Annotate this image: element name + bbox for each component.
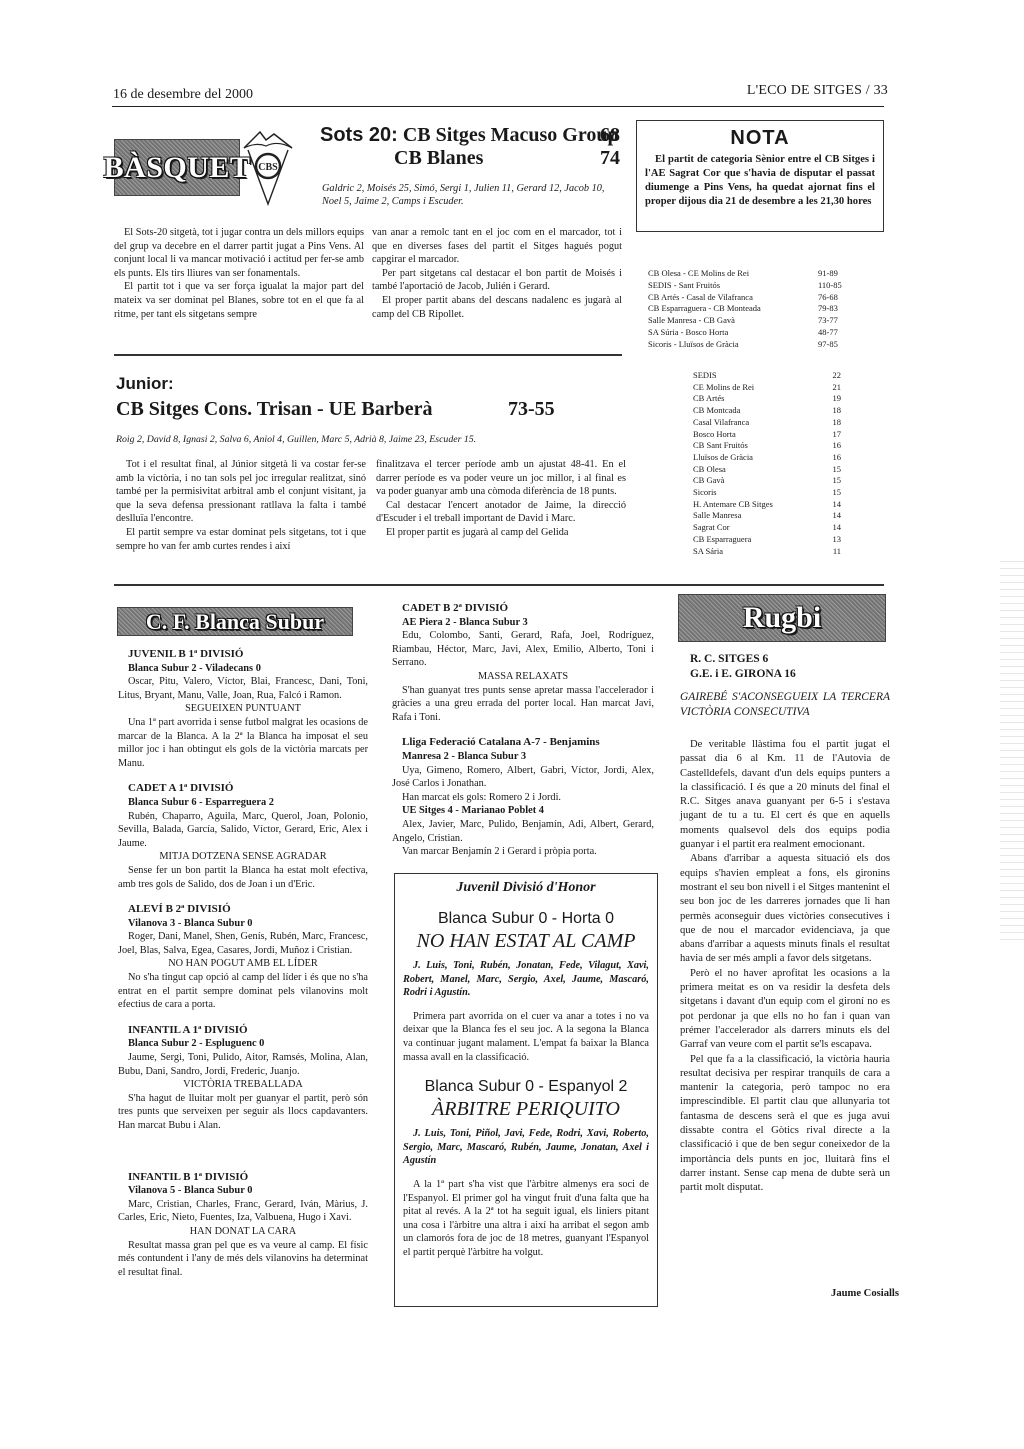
rugbi-author: Jaume Cosialls xyxy=(831,1288,899,1299)
sots20-label: Sots 20: xyxy=(320,124,398,146)
rugbi-result: R. C. SITGES 6 G.E. i E. GIRONA 16 xyxy=(690,652,796,682)
rugbi-team2: G.E. i E. GIRONA 16 xyxy=(690,667,796,682)
paragraph: El Sots-20 sitgetà, tot i jugar contra u… xyxy=(114,226,364,280)
standing-row: CB Sant Fruitós16 xyxy=(693,440,841,452)
nota-box: NOTA El partit de categoria Sènior entre… xyxy=(636,120,884,232)
match2-result: Blanca Subur 0 - Espanyol 2 xyxy=(395,1078,657,1096)
rugbi-article: De veritable llàstima fou el partit juga… xyxy=(680,738,890,1196)
header-divider xyxy=(112,106,884,107)
standing-row: Salle Manresa14 xyxy=(693,510,841,522)
match-block: CADET A 1ª DIVISIÓ Blanca Subur 6 - Espa… xyxy=(118,782,368,891)
club-crest-icon: CBS xyxy=(238,126,298,206)
result-row: SEDIS - Sant Fruitós110-85 xyxy=(648,280,858,292)
paragraph: El partit tot i que va ser força igualat… xyxy=(114,280,364,321)
publication-page-number: L'ECO DE SITGES / 33 xyxy=(747,83,888,99)
result-row: CB Esparraguera - CB Monteada79-83 xyxy=(648,303,858,315)
paragraph: Pel que fa a la classificació, la victòr… xyxy=(680,1053,890,1196)
sots20-players: Galdric 2, Moisés 25, Simó, Sergi 1, Jul… xyxy=(322,182,622,208)
match-block: CADET B 2ª DIVISIÓ AE Piera 2 - Blanca S… xyxy=(392,602,654,724)
junior-match: CB Sitges Cons. Trisan - UE Barberà xyxy=(116,398,433,421)
match2-text: A la 1ª part s'ha vist que l'àrbitre alm… xyxy=(403,1178,649,1260)
rugbi-headline: GAIREBÉ S'ACONSEGUEIX LA TERCERA VICTÒRI… xyxy=(680,690,890,720)
paragraph: El proper partit es jugarà al camp del G… xyxy=(376,526,626,540)
match1-text: Primera part avorrida on el cuer va anar… xyxy=(403,1010,649,1064)
juvenil-honor-box: Juvenil Divisió d'Honor Blanca Subur 0 -… xyxy=(394,873,658,1307)
match1-headline: NO HAN ESTAT AL CAMP xyxy=(395,930,657,953)
section-divider xyxy=(114,584,884,586)
home-team: CB Sitges Macuso Group xyxy=(403,124,619,146)
standing-row: CB Esparraguera13 xyxy=(693,534,841,546)
standings-table: SEDIS22 CE Molins de Rei21 CB Artés19 CB… xyxy=(693,370,841,557)
result-row: CB Artés - Casal de Vilafranca76-68 xyxy=(648,292,858,304)
standing-row: Bosco Horta17 xyxy=(693,429,841,441)
paragraph: van anar a remolc tant en el joc com en … xyxy=(372,226,622,267)
svg-text:CBS: CBS xyxy=(258,162,278,173)
standing-row: SA Sária11 xyxy=(693,546,841,558)
match-block: ALEVÍ B 2ª DIVISIÓ Vilanova 3 - Blanca S… xyxy=(118,903,368,1012)
rugbi-team1: R. C. SITGES 6 xyxy=(690,652,796,667)
paragraph: Abans d'arribar a aquesta situació els d… xyxy=(680,852,890,966)
standing-row: CE Molins de Rei21 xyxy=(693,382,841,394)
standing-row: H. Antemare CB Sitges14 xyxy=(693,499,841,511)
sots20-text-col1: El Sots-20 sitgetà, tot i jugar contra u… xyxy=(114,226,364,321)
standing-row: SEDIS22 xyxy=(693,370,841,382)
futbol-col1: JUVENIL B 1ª DIVISIÓ Blanca Subur 2 - Vi… xyxy=(118,648,368,1279)
junior-score: 73-55 xyxy=(508,398,555,421)
paragraph: De veritable llàstima fou el partit juga… xyxy=(680,738,890,852)
standing-row: CB Gavà15 xyxy=(693,475,841,487)
junior-label: Junior: xyxy=(116,374,174,394)
futbol-col2: CADET B 2ª DIVISIÓ AE Piera 2 - Blanca S… xyxy=(392,602,654,859)
sots20-headline: Sots 20: CB Sitges Macuso Group 68 CB Bl… xyxy=(320,124,620,170)
paragraph: finalitzava el tercer període amb un aju… xyxy=(376,458,626,499)
junior-text-col1: Tot i el resultat final, al Júnior sitge… xyxy=(116,458,366,553)
scan-edge-artifact xyxy=(1000,560,1024,940)
standing-row: CB Artés19 xyxy=(693,393,841,405)
page-date: 16 de desembre del 2000 xyxy=(113,87,253,103)
standing-row: CB Olesa15 xyxy=(693,464,841,476)
rugbi-banner: Rugbi xyxy=(678,594,886,642)
match-block: INFANTIL B 1ª DIVISIÓ Vilanova 5 - Blanc… xyxy=(118,1171,368,1280)
result-row: Salle Manresa - CB Gavà73-77 xyxy=(648,315,858,327)
result-row: Sicoris - Lluïsos de Gràcia97-85 xyxy=(648,339,858,351)
standing-row: Casal Vilafranca18 xyxy=(693,417,841,429)
match2-players: J. Luis, Toni, Piñol, Javi, Fede, Rodri,… xyxy=(403,1127,649,1168)
results-table: CB Olesa - CE Molins de Rei91-89 SEDIS -… xyxy=(648,268,858,351)
blanca-subur-banner: C. F. Blanca Subur xyxy=(117,607,353,636)
standing-row: CB Montcada18 xyxy=(693,405,841,417)
match2-headline: ÀRBITRE PERIQUITO xyxy=(395,1098,657,1121)
match1-players: J. Luis, Toni, Rubén, Jonatan, Fede, Vil… xyxy=(403,959,649,1000)
paragraph: Però el no haver aprofitat les ocasions … xyxy=(680,967,890,1053)
paragraph: Cal destacar l'encert anotador de Jaime,… xyxy=(376,499,626,526)
paragraph: Tot i el resultat final, al Júnior sitge… xyxy=(116,458,366,526)
paragraph: El proper partit abans del descans nadal… xyxy=(372,294,622,321)
away-team: CB Blanes xyxy=(394,147,483,169)
match-block: Lliga Federació Catalana A-7 - Benjamins… xyxy=(392,736,654,858)
box-title: Juvenil Divisió d'Honor xyxy=(395,880,657,896)
standing-row: Sagrat Cor14 xyxy=(693,522,841,534)
paragraph: El partit sempre va estar dominat pels s… xyxy=(116,526,366,553)
match1-result: Blanca Subur 0 - Horta 0 xyxy=(395,910,657,928)
home-score: 68 xyxy=(600,124,620,147)
standing-row: Lluïsos de Gràcia16 xyxy=(693,452,841,464)
section-divider xyxy=(114,354,622,356)
result-row: SA Súria - Bosco Horta48-77 xyxy=(648,327,858,339)
junior-text-col2: finalitzava el tercer període amb un aju… xyxy=(376,458,626,540)
nota-title: NOTA xyxy=(637,127,883,150)
standing-row: Sicoris15 xyxy=(693,487,841,499)
nota-text: El partit de categoria Sènior entre el C… xyxy=(645,153,875,209)
away-score: 74 xyxy=(600,147,620,170)
basquet-banner: BÀSQUET xyxy=(114,139,240,196)
sots20-text-col2: van anar a remolc tant en el joc com en … xyxy=(372,226,622,321)
paragraph: Per part sitgetans cal destacar el bon p… xyxy=(372,267,622,294)
junior-players: Roig 2, David 8, Ignasi 2, Salva 6, Anio… xyxy=(116,434,476,445)
result-row: CB Olesa - CE Molins de Rei91-89 xyxy=(648,268,858,280)
match-block: JUVENIL B 1ª DIVISIÓ Blanca Subur 2 - Vi… xyxy=(118,648,368,770)
match-block: INFANTIL A 1ª DIVISIÓ Blanca Subur 2 - E… xyxy=(118,1024,368,1133)
